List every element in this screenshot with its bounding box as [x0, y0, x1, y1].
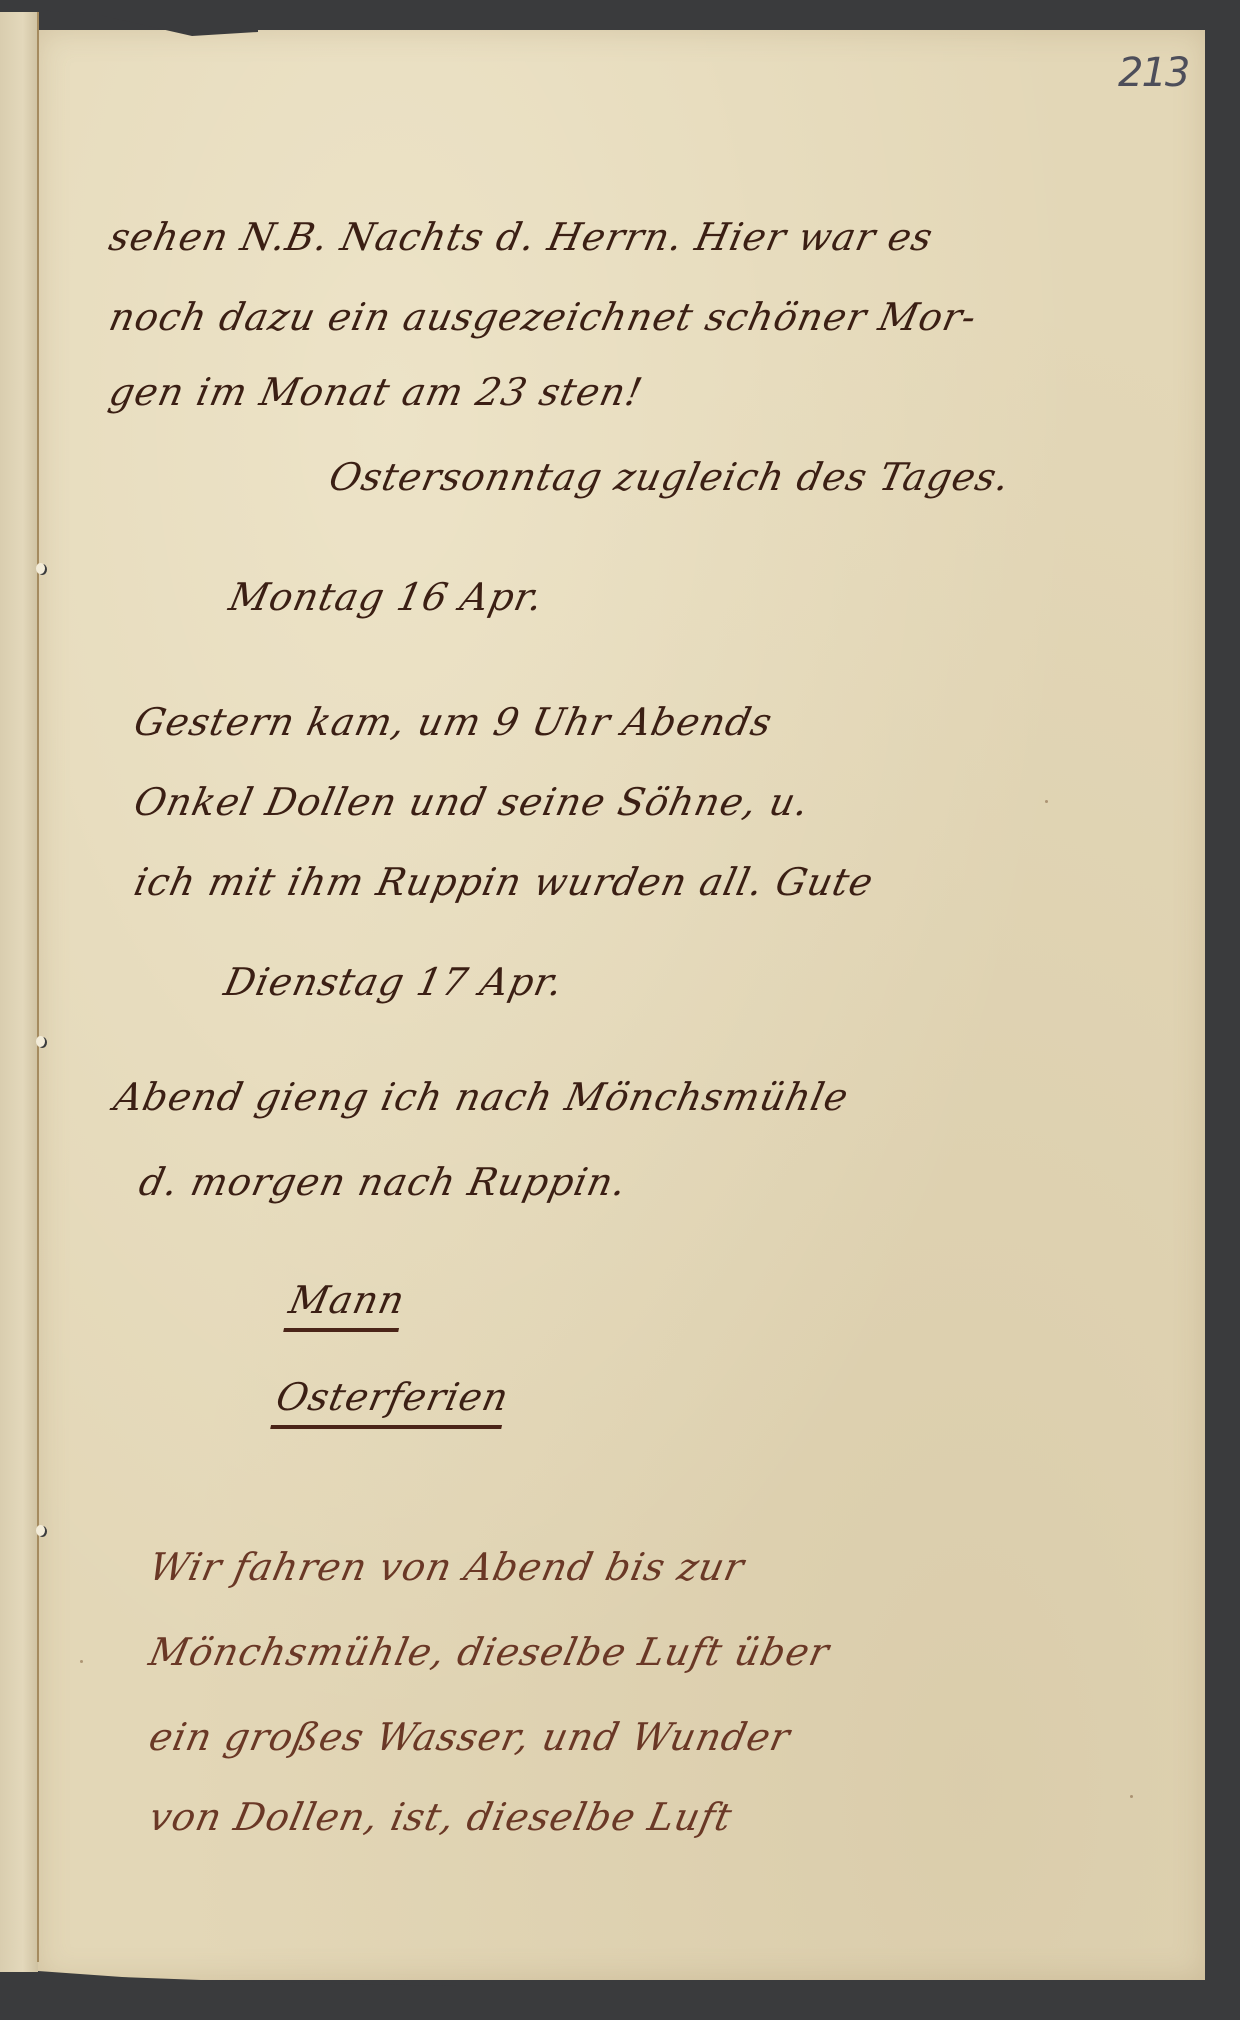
manuscript-line: sehen N.B. Nachts d. Herrn. Hier war es — [105, 215, 937, 259]
ink-speck — [1130, 1795, 1133, 1798]
manuscript-line: Montag 16 Apr. — [225, 575, 547, 619]
manuscript-line: d. morgen nach Ruppin. — [135, 1160, 631, 1204]
manuscript-line: Osterferien — [272, 1375, 513, 1419]
manuscript-line: Dienstag 17 Apr. — [220, 960, 567, 1004]
manuscript-line: Ostersonntag zugleich des Tages. — [325, 455, 1014, 499]
manuscript-line: ein großes Wasser, und Wunder — [145, 1715, 794, 1759]
ink-speck — [1045, 800, 1048, 803]
ink-speck — [80, 1660, 83, 1663]
manuscript-line: Mönchsmühle, dieselbe Luft über — [145, 1630, 833, 1674]
manuscript-line: Mann — [285, 1278, 409, 1322]
manuscript-line: ich mit ihm Ruppin wurden all. Gute — [130, 860, 877, 904]
stitch-hole — [36, 1525, 45, 1536]
manuscript-line: von Dollen, ist, dieselbe Luft — [145, 1795, 736, 1839]
stitch-hole — [36, 1036, 45, 1047]
manuscript-line: Wir fahren von Abend bis zur — [145, 1545, 748, 1589]
manuscript-line: gen im Monat am 23 sten! — [105, 370, 646, 414]
manuscript-line: Gestern kam, um 9 Uhr Abends — [130, 700, 776, 744]
stitch-hole — [36, 563, 45, 574]
manuscript-line: Onkel Dollen und seine Söhne, u. — [130, 780, 813, 824]
manuscript-line: noch dazu ein ausgezeichnet schöner Mor- — [105, 295, 981, 339]
manuscript-line: Abend gieng ich nach Mönchsmühle — [110, 1075, 852, 1119]
previous-page-edge — [0, 12, 38, 1972]
binding-gutter — [37, 12, 39, 1962]
page-number: 213 — [1118, 50, 1188, 96]
